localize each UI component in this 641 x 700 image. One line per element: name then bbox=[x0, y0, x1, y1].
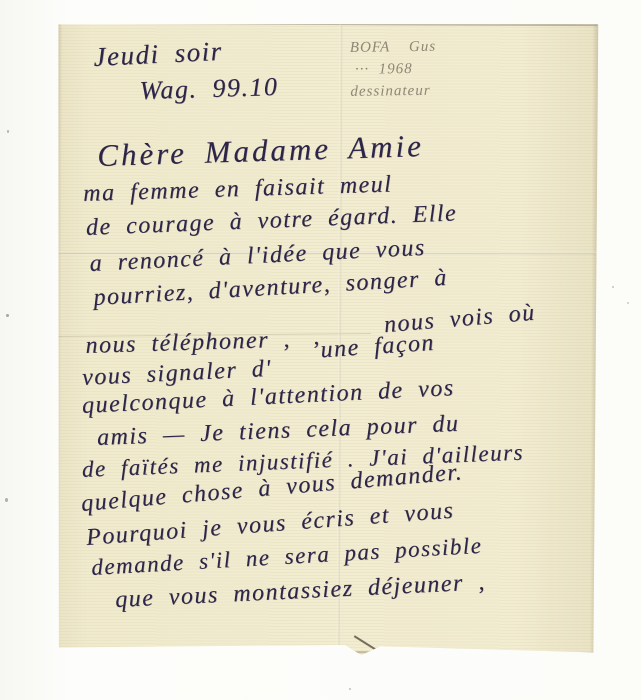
letter-date: Jeudi soir bbox=[93, 38, 223, 71]
letter-paper: Jeudi soir Wag. 99.10 BOFA Gus ··· 1968 … bbox=[56, 22, 600, 656]
handwriting-line-insertion: ’une façon bbox=[310, 331, 435, 363]
handwriting-line: nous téléphoner , bbox=[85, 328, 291, 358]
pencil-annotation: BOFA Gus ··· 1968 dessinateur bbox=[350, 37, 437, 103]
pencil-annotation-profession: dessinateur bbox=[350, 80, 437, 103]
letter-phone: Wag. 99.10 bbox=[139, 74, 279, 104]
photo-background: Jeudi soir Wag. 99.10 BOFA Gus ··· 1968 … bbox=[0, 0, 641, 700]
handwriting-line: ma femme en faisait meul bbox=[83, 173, 393, 206]
pencil-annotation-year: ··· 1968 bbox=[350, 58, 437, 81]
dust-speck bbox=[349, 688, 351, 690]
paper-top-edge bbox=[60, 22, 597, 26]
handwriting-line: de courage à votre égard. Elle bbox=[85, 201, 457, 240]
dust-speck bbox=[612, 286, 614, 288]
paper-bottom-edge bbox=[59, 650, 594, 654]
dust-speck bbox=[5, 498, 8, 502]
paper-right-edge bbox=[590, 24, 600, 656]
dust-speck bbox=[6, 314, 9, 317]
dust-speck bbox=[627, 302, 629, 304]
salutation: Chère Madame Amie bbox=[97, 130, 425, 171]
dust-speck bbox=[7, 130, 9, 133]
paper-left-edge bbox=[56, 22, 63, 654]
handwriting-line: que vous montassiez déjeuner , bbox=[115, 570, 487, 612]
pencil-annotation-name: BOFA Gus bbox=[350, 37, 437, 60]
